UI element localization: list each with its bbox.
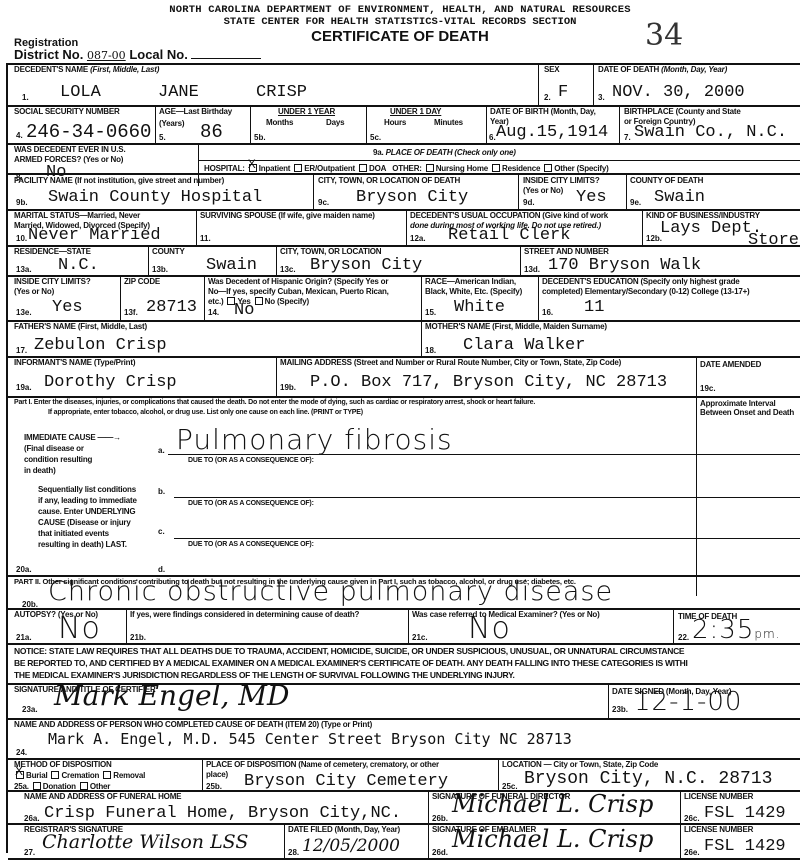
funeral-license-value: FSL 1429 [704, 804, 786, 823]
place-of-death-label: 9a. PLACE OF DEATH (Check only one) [373, 148, 516, 157]
informant-address-value: P.O. Box 717, Bryson City, NC 28713 [310, 373, 667, 392]
sex-label: SEX [544, 65, 559, 74]
death-city-value: Bryson City [356, 188, 468, 207]
ssn-label: SOCIAL SECURITY NUMBER [14, 107, 120, 116]
decedent-name-label: DECEDENT'S NAME (First, Middle, Last) [14, 65, 159, 74]
embalmer-signature: Michael L. Crisp [452, 825, 653, 853]
place-of-disposition-value: Bryson City Cemetery [244, 772, 448, 791]
certifier-signature: Mark Engel, MD [54, 679, 289, 712]
decedent-middle-name: JANE [158, 83, 199, 102]
date-of-birth-value: Aug.15,1914 [496, 123, 608, 142]
burial-checkbox[interactable] [16, 771, 24, 779]
certificate-form: DECEDENT'S NAME (First, Middle, Last) 1.… [6, 63, 800, 853]
residence-state-value: N.C. [58, 256, 99, 275]
district-label: District No. [14, 47, 83, 62]
informant-name-value: Dorothy Crisp [44, 373, 177, 392]
residence-street-value: 170 Bryson Walk [548, 256, 701, 275]
agency-line-1: NORTH CAROLINA DEPARTMENT OF ENVIRONMENT… [0, 4, 800, 16]
residence-county-value: Swain [206, 256, 257, 275]
hispanic-origin-value: No [234, 301, 254, 320]
death-inside-city-value: Yes [576, 188, 607, 207]
date-filed-value: 12/05/2000 [302, 836, 400, 856]
medical-examiner-value: No [468, 611, 511, 646]
funeral-director-signature: Michael L. Crisp [452, 790, 653, 818]
industry-value-line1: Lays Dept. [660, 219, 762, 238]
industry-value-line2: Store [748, 231, 799, 250]
occupation-value: Retail Clerk [448, 226, 570, 245]
father-name-value: Zebulon Crisp [34, 336, 167, 355]
date-of-death-value: NOV. 30, 2000 [612, 83, 745, 102]
registrar-signature: Charlotte Wilson LSS [42, 831, 248, 853]
mother-name-value: Clara Walker [463, 336, 585, 355]
disposition-location-value: Bryson City, N.C. 28713 [524, 769, 772, 789]
decedent-first-name: LOLA [60, 83, 101, 102]
contributing-conditions-value: Chronic obstructive pulmonary disease [48, 576, 613, 607]
embalmer-license-value: FSL 1429 [704, 837, 786, 856]
date-of-death-label: DATE OF DEATH (Month, Day, Year) [598, 65, 727, 74]
doa-checkbox[interactable] [359, 164, 367, 172]
nursing-home-checkbox[interactable] [426, 164, 434, 172]
time-of-death-value: 2:35pm. [692, 615, 781, 645]
marital-status-value: Never Married [28, 226, 161, 245]
sex-value: F [558, 83, 568, 102]
ssn-value: 246-34-0660 [26, 121, 151, 143]
education-value: 11 [584, 298, 604, 317]
zip-code-value: 28713 [146, 298, 197, 317]
local-label: Local No. [129, 47, 188, 62]
donation-checkbox[interactable] [33, 782, 41, 790]
age-label: AGE—Last Birthday [159, 107, 232, 116]
residence-city-value: Bryson City [310, 256, 422, 275]
inpatient-checkbox[interactable] [249, 164, 257, 172]
other-disposition-checkbox[interactable] [80, 782, 88, 790]
immediate-cause-value: Pulmonary fibrosis [176, 423, 453, 456]
completer-value: Mark A. Engel, M.D. 545 Center Street Br… [48, 730, 572, 748]
page-number: 34 [645, 18, 683, 53]
hispanic-no-checkbox[interactable] [255, 297, 263, 305]
registration-block: Registration District No. 087-00 Local N… [14, 38, 261, 61]
place-of-death-options: HOSPITAL:InpatientER/OutpatientDOA OTHER… [204, 164, 609, 173]
cremation-checkbox[interactable] [51, 771, 59, 779]
birthplace-value: Swain Co., N.C. [634, 123, 787, 142]
death-county-value: Swain [654, 188, 705, 207]
decedent-last-name: CRISP [256, 83, 307, 102]
residence-inside-city-value: Yes [52, 298, 83, 317]
er-outpatient-checkbox[interactable] [294, 164, 302, 172]
facility-name-value: Swain County Hospital [48, 188, 262, 207]
date-signed-value: 12-1-00 [634, 687, 742, 717]
local-no-field [191, 58, 261, 59]
removal-checkbox[interactable] [103, 771, 111, 779]
other-checkbox[interactable] [544, 164, 552, 172]
funeral-home-value: Crisp Funeral Home, Bryson City,NC. [44, 804, 401, 823]
district-value: 087-00 [87, 49, 126, 62]
race-value: White [454, 298, 505, 317]
age-value: 86 [200, 121, 223, 143]
autopsy-value: No [58, 611, 101, 646]
residence-checkbox[interactable] [492, 164, 500, 172]
